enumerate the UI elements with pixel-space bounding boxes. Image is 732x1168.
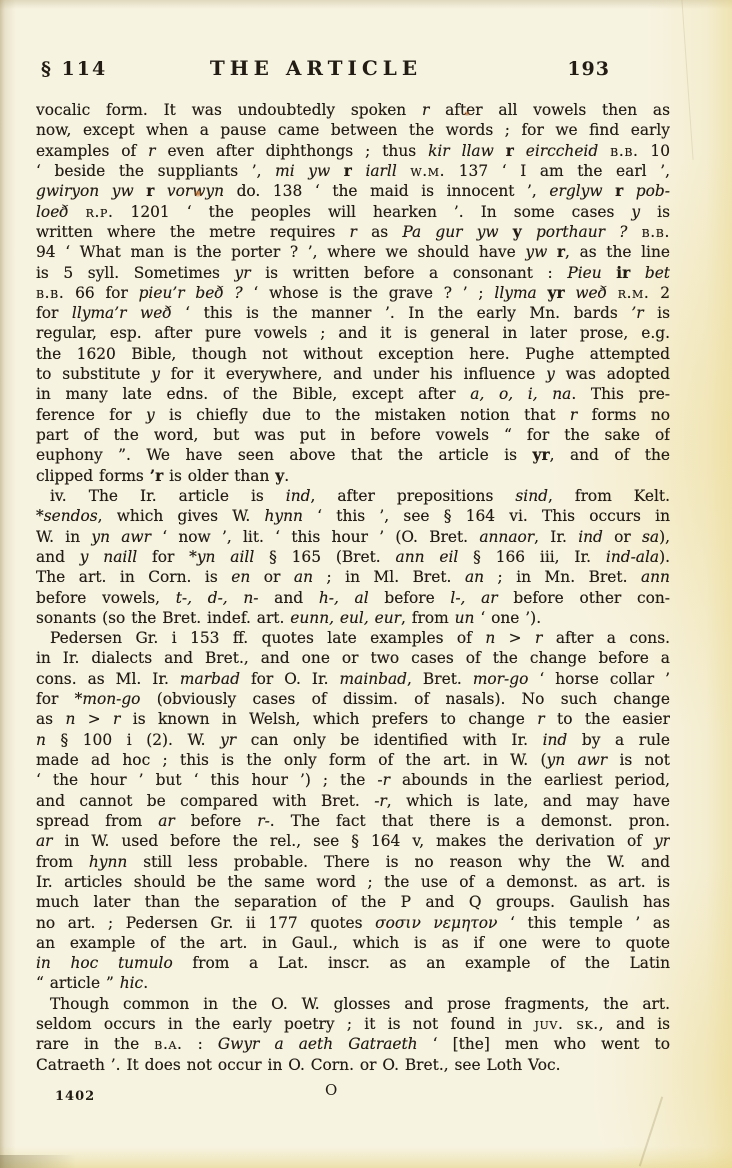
text-line: before vowels, t-, d-, n- and h-, al bef…	[36, 588, 670, 608]
text-line: part of the word, but was put in before …	[36, 425, 670, 445]
text-line: “ article ” hic.	[36, 973, 670, 993]
text-line: ‘ the hour ’ but ‘ this hour ’) ; the -r…	[36, 770, 670, 790]
text-line: much later than the separation of the P …	[36, 892, 670, 912]
text-line: rare in the b.a. : Gwyr a aeth Gatraeth …	[36, 1034, 670, 1054]
text-line: is 5 syll. Sometimes yr is written befor…	[36, 263, 670, 283]
text-line: examples of r even after diphthongs ; th…	[36, 141, 670, 161]
page-header: § 114 THE ARTICLE 193	[36, 56, 670, 82]
text-line: W. in yn awr ‘ now ’, lit. ‘ this hour ’…	[36, 527, 670, 547]
text-line: from hynn still less probable. There is …	[36, 852, 670, 872]
text-line: b.b. 66 for pieu’r beð ? ‘ whose is the …	[36, 283, 670, 303]
text-line: The art. in Corn. is en or an ; in Ml. B…	[36, 567, 670, 587]
scan-stain	[464, 111, 470, 116]
paragraph: Though common in the O. W. glosses and p…	[36, 994, 670, 1075]
text-line: for llyma’r weð ‘ this is the manner ’. …	[36, 303, 670, 323]
text-line: for *mon-go (obviously cases of dissim. …	[36, 689, 670, 709]
text-line: no art. ; Pedersen Gr. ii 177 quotes σοσ…	[36, 913, 670, 933]
text-line: n § 100 i (2). W. yr can only be identif…	[36, 730, 670, 750]
text-line: clipped forms ’r is older than y.	[36, 466, 670, 486]
text-line: in hoc tumulo from a Lat. inscr. as an e…	[36, 953, 670, 973]
paragraph: iv. The Ir. article is ind, after prepos…	[36, 486, 670, 628]
text-line: Though common in the O. W. glosses and p…	[36, 994, 670, 1014]
text-line: vocalic form. It was undoubtedly spoken …	[36, 100, 670, 120]
text-line: 94 ‘ What man is the porter ? ’, where w…	[36, 242, 670, 262]
text-line: Catraeth ’. It does not occur in O. Corn…	[36, 1055, 670, 1075]
text-line: seldom occurs in the early poetry ; it i…	[36, 1014, 670, 1034]
text-line: ference for y is chiefly due to the mist…	[36, 405, 670, 425]
text-line: to substitute y for it everywhere, and u…	[36, 364, 670, 384]
book-page-scan: § 114 THE ARTICLE 193 vocalic form. It w…	[0, 0, 732, 1168]
text-line: cons. as Ml. Ir. marbad for O. Ir. mainb…	[36, 669, 670, 689]
paragraph: Pedersen Gr. i 153 ff. quotes late examp…	[36, 628, 670, 994]
text-line: spread from ar before r-. The fact that …	[36, 811, 670, 831]
paragraph: vocalic form. It was undoubtedly spoken …	[36, 100, 670, 486]
text-line: loeð r.p. 1201 ‘ the peoples will hearke…	[36, 202, 670, 222]
text-line: sonants (so the Bret. indef. art. eunn, …	[36, 608, 670, 628]
text-line: Pedersen Gr. i 153 ff. quotes late examp…	[36, 628, 670, 648]
scan-smudge	[0, 1155, 95, 1168]
text-line: euphony ”. We have seen above that the a…	[36, 445, 670, 465]
text-line: gwiryon yw r vorwyn do. 138 ‘ the maid i…	[36, 181, 670, 201]
text-line: an example of the art. in Gaul., which i…	[36, 933, 670, 953]
text-line: now, except when a pause came between th…	[36, 120, 670, 140]
text-line: as n > r is known in Welsh, which prefer…	[36, 709, 670, 729]
text-line: in many late edns. of the Bible, except …	[36, 384, 670, 404]
text-line: Ir. articles should be the same word ; t…	[36, 872, 670, 892]
scan-crease	[681, 0, 693, 160]
text-line: in Ir. dialects and Bret., and one or tw…	[36, 648, 670, 668]
text-line: ar in W. used before the rel., see § 164…	[36, 831, 670, 851]
text-line: the 1620 Bible, though not without excep…	[36, 344, 670, 364]
text-line: ‘ beside the suppliants ’, mi yw r iarll…	[36, 161, 670, 181]
running-title: THE ARTICLE	[36, 56, 596, 80]
text-line: iv. The Ir. article is ind, after prepos…	[36, 486, 670, 506]
text-line: made ad hoc ; this is the only form of t…	[36, 750, 670, 770]
text-line: regular, esp. after pure vowels ; and it…	[36, 323, 670, 343]
scan-crease	[639, 1096, 663, 1166]
scan-stain	[194, 190, 202, 197]
page-number: 193	[567, 58, 610, 80]
text-line: and y naill for *yn aill § 165 (Bret. an…	[36, 547, 670, 567]
text-line: and cannot be compared with Bret. -r, wh…	[36, 791, 670, 811]
text-block: vocalic form. It was undoubtedly spoken …	[36, 100, 670, 1075]
print-code: 1402	[55, 1089, 95, 1104]
signature-mark: O	[325, 1081, 337, 1099]
text-line: *sendos, which gives W. hynn ‘ this ’, s…	[36, 506, 670, 526]
text-line: written where the metre requires r as Pa…	[36, 222, 670, 242]
